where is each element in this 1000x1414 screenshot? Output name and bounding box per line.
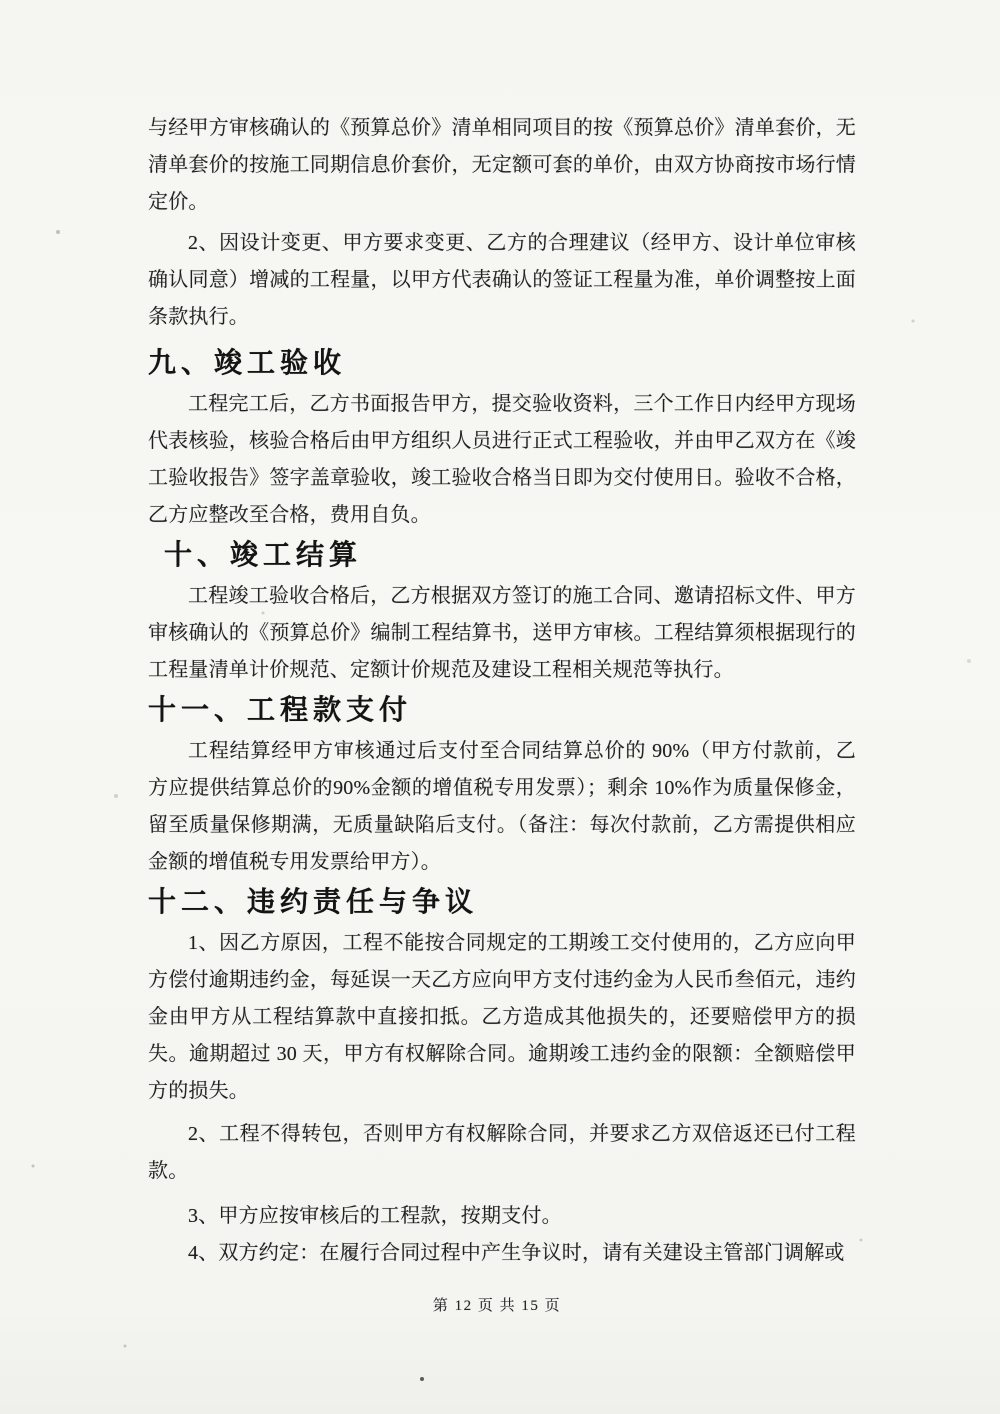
scanned-contract-page: 与经甲方审核确认的《预算总价》清单相同项目的按《预算总价》清单套价，无清单套价的… [0,0,1000,1414]
contract-body: 与经甲方审核确认的《预算总价》清单相同项目的按《预算总价》清单套价，无清单套价的… [148,110,856,1272]
section-12-heading: 十二、违约责任与争议 [148,881,856,923]
change-clause-item-2: 2、因设计变更、甲方要求变更、乙方的合理建议（经甲方、设计单位审核确认同意）增减… [148,225,856,336]
section-12-item-3: 3、甲方应按审核后的工程款，按期支付。 [148,1198,856,1235]
section-10-body: 工程竣工验收合格后，乙方根据双方签订的施工合同、邀请招标文件、甲方审核确认的《预… [148,578,856,689]
section-10-heading: 十、竣工结算 [148,534,856,576]
page-number: 第 12 页 共 15 页 [0,1294,994,1315]
scan-noise-specks [0,0,2,2]
section-12-item-2: 2、工程不得转包，否则甲方有权解除合同，并要求乙方双倍返还已付工程款。 [148,1116,856,1190]
section-9-heading: 九、竣工验收 [148,342,856,384]
section-9-body: 工程完工后，乙方书面报告甲方，提交验收资料，三个工作日内经甲方现场代表核验，核验… [148,386,856,534]
section-12-item-4: 4、双方约定：在履行合同过程中产生争议时，请有关建设主管部门调解或 [148,1235,856,1272]
section-11-body: 工程结算经甲方审核通过后支付至合同结算总价的 90%（甲方付款前，乙方应提供结算… [148,733,856,881]
pricing-clause-continuation: 与经甲方审核确认的《预算总价》清单相同项目的按《预算总价》清单套价，无清单套价的… [148,110,856,221]
section-11-heading: 十一、工程款支付 [148,689,856,731]
section-12-item-1: 1、因乙方原因，工程不能按合同规定的工期竣工交付使用的，乙方应向甲方偿付逾期违约… [148,925,856,1110]
